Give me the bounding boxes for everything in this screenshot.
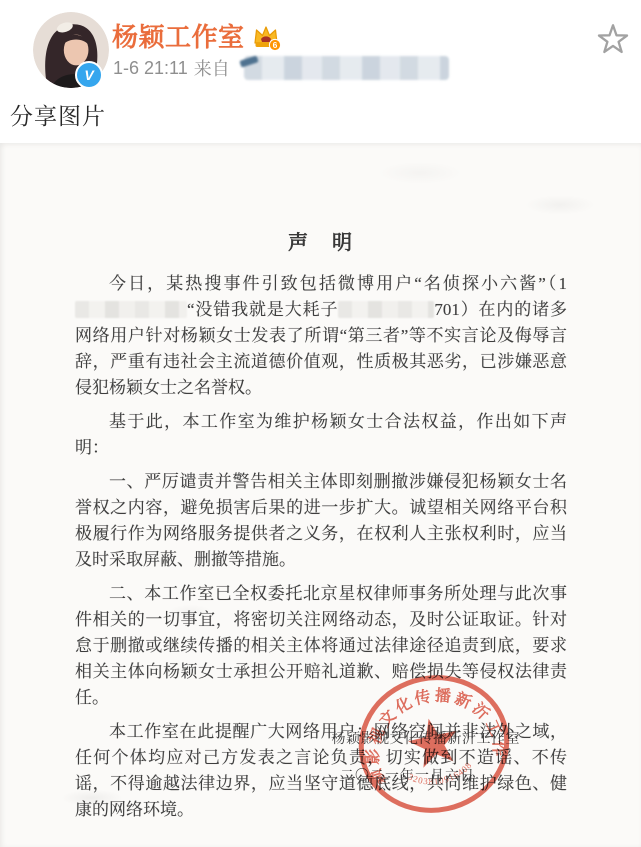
weibo-post-page: V 杨颖工作室 6 1-6 21:11 来自 分享图片 声 明 今日，某热搜事件… xyxy=(0,0,641,847)
vip-level: 6 xyxy=(272,40,277,50)
username-row: 杨颖工作室 6 xyxy=(112,17,281,54)
svg-text:3203810916408: 3203810916408 xyxy=(405,758,477,792)
avatar[interactable]: V xyxy=(33,12,109,88)
source-prefix: 来自 xyxy=(194,55,230,81)
vip-crown-icon: 6 xyxy=(251,22,281,52)
statement-paragraph-3: 一、严厉谴责并警告相关主体即刻删撤涉嫌侵犯杨颖女士名誉权之内容，避免损害后果的进… xyxy=(75,469,567,573)
redacted-user-id-1 xyxy=(75,301,187,318)
post-text: 分享图片 xyxy=(10,98,106,131)
para1-text-b: “没错我就是大耗子 xyxy=(187,300,338,319)
favorite-star-icon[interactable] xyxy=(594,20,632,58)
statement-paragraph-2: 基于此，本工作室为维护杨颖女士合法权益，作出如下声明： xyxy=(75,409,567,461)
username[interactable]: 杨颖工作室 xyxy=(112,17,245,54)
statement-title: 声 明 xyxy=(75,226,567,255)
redacted-source[interactable] xyxy=(244,56,449,80)
seal-star-icon xyxy=(404,713,462,769)
statement-image[interactable]: 声 明 今日，某热搜事件引致包括微博用户“名侦探小六酱”（1“没错我就是大耗子7… xyxy=(0,143,641,847)
statement-paragraph-1: 今日，某热搜事件引致包括微博用户“名侦探小六酱”（1“没错我就是大耗子701）在… xyxy=(75,271,567,401)
redacted-user-id-2 xyxy=(338,301,434,318)
para1-text-a: 今日，某热搜事件引致包括微博用户“名侦探小六酱”（1 xyxy=(109,274,567,293)
seal-number: 3203810916408 xyxy=(405,758,477,792)
verified-badge-icon: V xyxy=(75,61,103,89)
timestamp: 1-6 21:11 xyxy=(113,58,188,79)
post-meta: 1-6 21:11 来自 xyxy=(113,55,449,81)
